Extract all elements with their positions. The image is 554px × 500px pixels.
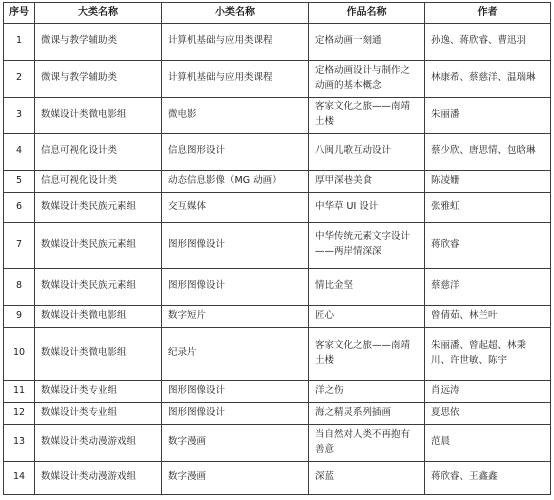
table-cell: 数媒设计类民族元素组 [35,222,162,268]
column-header: 作者 [425,3,551,24]
table-row: 10数媒设计类微电影组纪录片客家文化之旅——南靖土楼朱丽潘、曾起超、林秉川、许世… [4,327,551,380]
table-cell: 9 [4,305,35,327]
table-cell: 3 [4,97,35,133]
table-cell: 数媒设计类微电影组 [35,305,162,327]
table-cell: 微课与教学辅助类 [35,23,162,60]
table-cell: 范晨 [425,424,551,461]
table-cell: 匠心 [309,305,425,327]
table-cell: 计算机基础与应用类课程 [162,60,309,97]
table-cell: 中华草 UI 设计 [309,192,425,222]
table-cell: 10 [4,327,35,380]
table-cell: 洋之伤 [309,380,425,402]
table-cell: 数媒设计类专业组 [35,380,162,402]
table-body: 1微课与教学辅助类计算机基础与应用类课程定格动画一刻通孙逸、蒋欣睿、曹迅羽2微课… [4,23,551,494]
table-cell: 朱丽潘、曾起超、林秉川、许世敏、陈宇 [425,327,551,380]
table-cell: 厚甲深巷美食 [309,170,425,192]
table-cell: 信息可视化设计类 [35,170,162,192]
column-header: 作品名称 [309,3,425,24]
table-cell: 数字漫画 [162,461,309,494]
table-cell: 中华传统元素文字设计——两岸情深深 [309,222,425,268]
column-header: 大类名称 [35,3,162,24]
awards-table: 序号大类名称小类名称作品名称作者 1微课与教学辅助类计算机基础与应用类课程定格动… [3,2,551,495]
table-cell: 计算机基础与应用类课程 [162,23,309,60]
column-header: 小类名称 [162,3,309,24]
table-cell: 蒋欣睿 [425,222,551,268]
header-row: 序号大类名称小类名称作品名称作者 [4,3,551,24]
table-cell: 微电影 [162,97,309,133]
table-cell: 蔡慈洋 [425,268,551,305]
table-cell: 图形图像设计 [162,268,309,305]
table-cell: 孙逸、蒋欣睿、曹迅羽 [425,23,551,60]
table-row: 1微课与教学辅助类计算机基础与应用类课程定格动画一刻通孙逸、蒋欣睿、曹迅羽 [4,23,551,60]
table-cell: 曾倩茹、林兰叶 [425,305,551,327]
table-cell: 深蓝 [309,461,425,494]
table-cell: 数媒设计类微电影组 [35,97,162,133]
table-cell: 朱丽潘 [425,97,551,133]
table-cell: 定格动画一刻通 [309,23,425,60]
table-cell: 蒋欣睿、王鑫鑫 [425,461,551,494]
table-cell: 陈凌姗 [425,170,551,192]
table-cell: 图形图像设计 [162,402,309,424]
table-cell: 客家文化之旅——南靖土楼 [309,327,425,380]
table-cell: 动态信息影像（MG 动画） [162,170,309,192]
table-cell: 5 [4,170,35,192]
table-cell: 夏思依 [425,402,551,424]
table-cell: 数媒设计类民族元素组 [35,268,162,305]
table-cell: 信息可视化设计类 [35,133,162,170]
table-row: 5信息可视化设计类动态信息影像（MG 动画）厚甲深巷美食陈凌姗 [4,170,551,192]
table-cell: 纪录片 [162,327,309,380]
table-cell: 数媒设计类微电影组 [35,327,162,380]
table-cell: 八闽儿歌互动设计 [309,133,425,170]
table-row: 6数媒设计类民族元素组交互媒体中华草 UI 设计张雅虹 [4,192,551,222]
table-row: 12数媒设计类专业组图形图像设计海之精灵系列插画夏思依 [4,402,551,424]
page: 序号大类名称小类名称作品名称作者 1微课与教学辅助类计算机基础与应用类课程定格动… [0,0,554,500]
table-cell: 海之精灵系列插画 [309,402,425,424]
table-cell: 11 [4,380,35,402]
table-cell: 4 [4,133,35,170]
table-row: 8数媒设计类民族元素组图形图像设计情比金坚蔡慈洋 [4,268,551,305]
table-cell: 定格动画设计与制作之动画的基本概念 [309,60,425,97]
table-cell: 2 [4,60,35,97]
table-row: 14数媒设计类动漫游戏组数字漫画深蓝蒋欣睿、王鑫鑫 [4,461,551,494]
table-cell: 14 [4,461,35,494]
table-cell: 数字短片 [162,305,309,327]
table-cell: 7 [4,222,35,268]
table-cell: 数字漫画 [162,424,309,461]
table-cell: 张雅虹 [425,192,551,222]
table-cell: 信息图形设计 [162,133,309,170]
column-header: 序号 [4,3,35,24]
table-cell: 13 [4,424,35,461]
table-row: 9数媒设计类微电影组数字短片匠心曾倩茹、林兰叶 [4,305,551,327]
table-cell: 交互媒体 [162,192,309,222]
table-cell: 微课与教学辅助类 [35,60,162,97]
table-row: 2微课与教学辅助类计算机基础与应用类课程定格动画设计与制作之动画的基本概念林康希… [4,60,551,97]
table-cell: 图形图像设计 [162,222,309,268]
table-row: 7数媒设计类民族元素组图形图像设计中华传统元素文字设计——两岸情深深蒋欣睿 [4,222,551,268]
table-row: 3数媒设计类微电影组微电影客家文化之旅——南靖土楼朱丽潘 [4,97,551,133]
table-cell: 1 [4,23,35,60]
table-cell: 数媒设计类专业组 [35,402,162,424]
table-cell: 图形图像设计 [162,380,309,402]
table-cell: 客家文化之旅——南靖土楼 [309,97,425,133]
table-cell: 6 [4,192,35,222]
table-cell: 情比金坚 [309,268,425,305]
table-cell: 数媒设计类动漫游戏组 [35,461,162,494]
table-row: 4信息可视化设计类信息图形设计八闽儿歌互动设计蔡少欣、唐思情、包晗琳 [4,133,551,170]
table-row: 13数媒设计类动漫游戏组数字漫画当自然对人类不再抱有善意范晨 [4,424,551,461]
table-cell: 林康希、蔡慈洋、温瑞琳 [425,60,551,97]
table-cell: 12 [4,402,35,424]
table-row: 11数媒设计类专业组图形图像设计洋之伤肖远涛 [4,380,551,402]
table-cell: 数媒设计类民族元素组 [35,192,162,222]
table-cell: 当自然对人类不再抱有善意 [309,424,425,461]
table-cell: 肖远涛 [425,380,551,402]
table-cell: 8 [4,268,35,305]
table-cell: 蔡少欣、唐思情、包晗琳 [425,133,551,170]
table-cell: 数媒设计类动漫游戏组 [35,424,162,461]
